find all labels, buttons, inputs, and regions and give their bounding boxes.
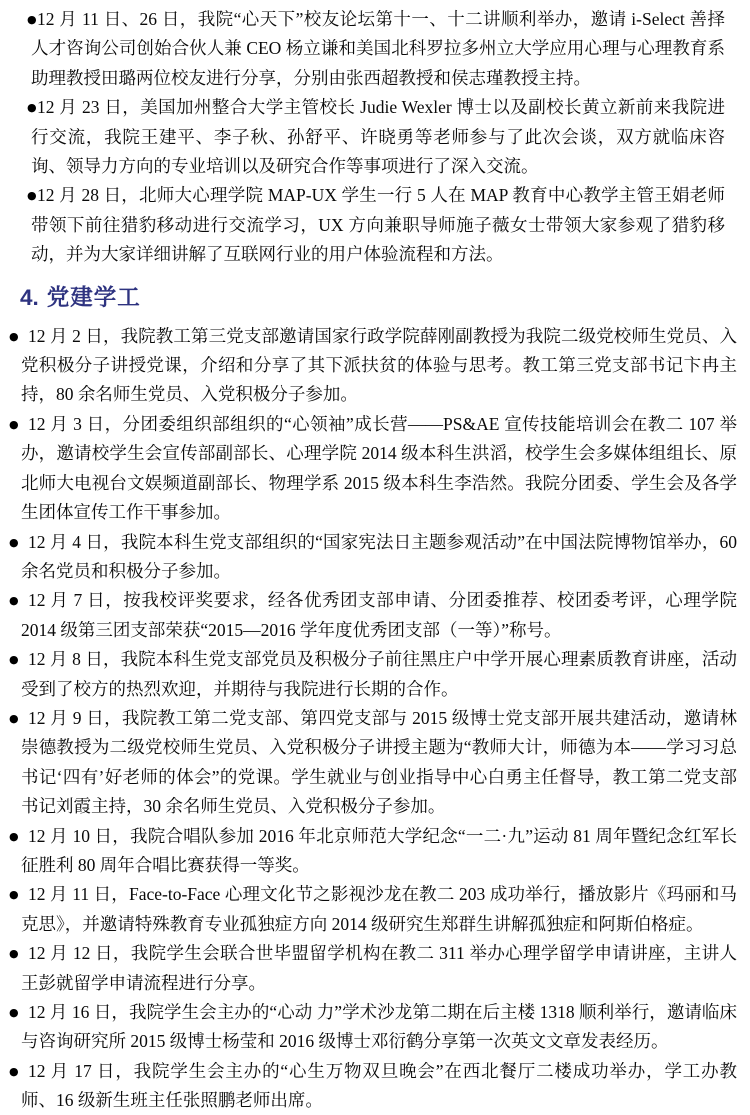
bullet-icon: ●	[9, 528, 19, 557]
events-list-top: ● 12 月 11 日、26 日，我院“心天下”校友论坛第十一、十二讲顺利举办，…	[0, 5, 750, 270]
bullet-icon: ●	[27, 5, 37, 34]
bullet-icon: ●	[9, 880, 19, 909]
list-item: ● 12 月 9 日，我院教工第二党支部、第四党支部与 2015 级博士党支部开…	[21, 704, 737, 822]
list-item: ● 12 月 7 日，按我校评奖要求，经各优秀团支部申请、分团委推荐、校团委考评…	[21, 586, 737, 645]
bullet-icon: ●	[9, 1057, 19, 1086]
list-item: ● 12 月 11 日，Face-to-Face 心理文化节之影视沙龙在教二 2…	[21, 880, 737, 939]
list-item-text: 12 月 11 日，Face-to-Face 心理文化节之影视沙龙在教二 203…	[21, 884, 737, 933]
list-item: ● 12 月 12 日，我院学生会联合世毕盟留学机构在教二 311 举办心理学留…	[21, 939, 737, 998]
list-item-text: 12 月 17 日，我院学生会主办的“心生万物双旦晚会”在西北餐厅二楼成功举办，…	[21, 1061, 737, 1110]
list-item-text: 12 月 12 日，我院学生会联合世毕盟留学机构在教二 311 举办心理学留学申…	[21, 943, 737, 992]
bullet-icon: ●	[9, 822, 19, 851]
list-item: ● 12 月 2 日，我院教工第三党支部邀请国家行政学院薛刚副教授为我院二级党校…	[21, 322, 737, 410]
list-item-text: 12 月 28 日，北师大心理学院 MAP-UX 学生一行 5 人在 MAP 教…	[31, 185, 725, 264]
events-list-party-building: ● 12 月 2 日，我院教工第三党支部邀请国家行政学院薛刚副教授为我院二级党校…	[0, 322, 750, 1115]
section-title: 党建学工	[47, 285, 141, 310]
list-item: ● 12 月 10 日，我院合唱队参加 2016 年北京师范大学纪念“一二·九”…	[21, 822, 737, 881]
list-item: ● 12 月 17 日，我院学生会主办的“心生万物双旦晚会”在西北餐厅二楼成功举…	[21, 1057, 737, 1115]
list-item-text: 12 月 9 日，我院教工第二党支部、第四党支部与 2015 级博士党支部开展共…	[21, 708, 737, 816]
list-item-text: 12 月 16 日，我院学生会主办的“心动 力”学术沙龙第二期在后主楼 1318…	[21, 1002, 737, 1051]
list-item: ● 12 月 16 日，我院学生会主办的“心动 力”学术沙龙第二期在后主楼 13…	[21, 998, 737, 1057]
bullet-icon: ●	[9, 704, 19, 733]
list-item-text: 12 月 2 日，我院教工第三党支部邀请国家行政学院薛刚副教授为我院二级党校师生…	[21, 326, 737, 405]
list-item: ● 12 月 23 日，美国加州整合大学主管校长 Judie Wexler 博士…	[31, 93, 725, 181]
list-item: ● 12 月 4 日，我院本科生党支部组织的“国家宪法日主题参观活动”在中国法院…	[21, 528, 737, 587]
list-item: ● 12 月 11 日、26 日，我院“心天下”校友论坛第十一、十二讲顺利举办，…	[31, 5, 725, 93]
list-item: ● 12 月 8 日，我院本科生党支部党员及积极分子前往黑庄户中学开展心理素质教…	[21, 645, 737, 704]
bullet-icon: ●	[27, 181, 37, 210]
list-item: ● 12 月 28 日，北师大心理学院 MAP-UX 学生一行 5 人在 MAP…	[31, 181, 725, 269]
bullet-icon: ●	[9, 998, 19, 1027]
list-item-text: 12 月 23 日，美国加州整合大学主管校长 Judie Wexler 博士以及…	[31, 97, 725, 176]
list-item: ● 12 月 3 日，分团委组织部组织的“心领袖”成长营——PS&AE 宣传技能…	[21, 410, 737, 528]
list-item-text: 12 月 4 日，我院本科生党支部组织的“国家宪法日主题参观活动”在中国法院博物…	[21, 532, 737, 581]
bullet-icon: ●	[9, 410, 19, 439]
section-number: 4.	[20, 285, 39, 310]
list-item-text: 12 月 7 日，按我校评奖要求，经各优秀团支部申请、分团委推荐、校团委考评，心…	[21, 590, 737, 639]
bullet-icon: ●	[27, 93, 37, 122]
list-item-text: 12 月 8 日，我院本科生党支部党员及积极分子前往黑庄户中学开展心理素质教育讲…	[21, 649, 737, 698]
list-item-text: 12 月 10 日，我院合唱队参加 2016 年北京师范大学纪念“一二·九”运动…	[21, 826, 737, 875]
document-page: ● 12 月 11 日、26 日，我院“心天下”校友论坛第十一、十二讲顺利举办，…	[0, 0, 750, 1115]
bullet-icon: ●	[9, 322, 19, 351]
bullet-icon: ●	[9, 939, 19, 968]
section-heading: 4.党建学工	[20, 285, 750, 311]
list-item-text: 12 月 11 日、26 日，我院“心天下”校友论坛第十一、十二讲顺利举办，邀请…	[31, 9, 725, 88]
bullet-icon: ●	[9, 586, 19, 615]
list-item-text: 12 月 3 日，分团委组织部组织的“心领袖”成长营——PS&AE 宣传技能培训…	[21, 414, 737, 522]
bullet-icon: ●	[9, 645, 19, 674]
